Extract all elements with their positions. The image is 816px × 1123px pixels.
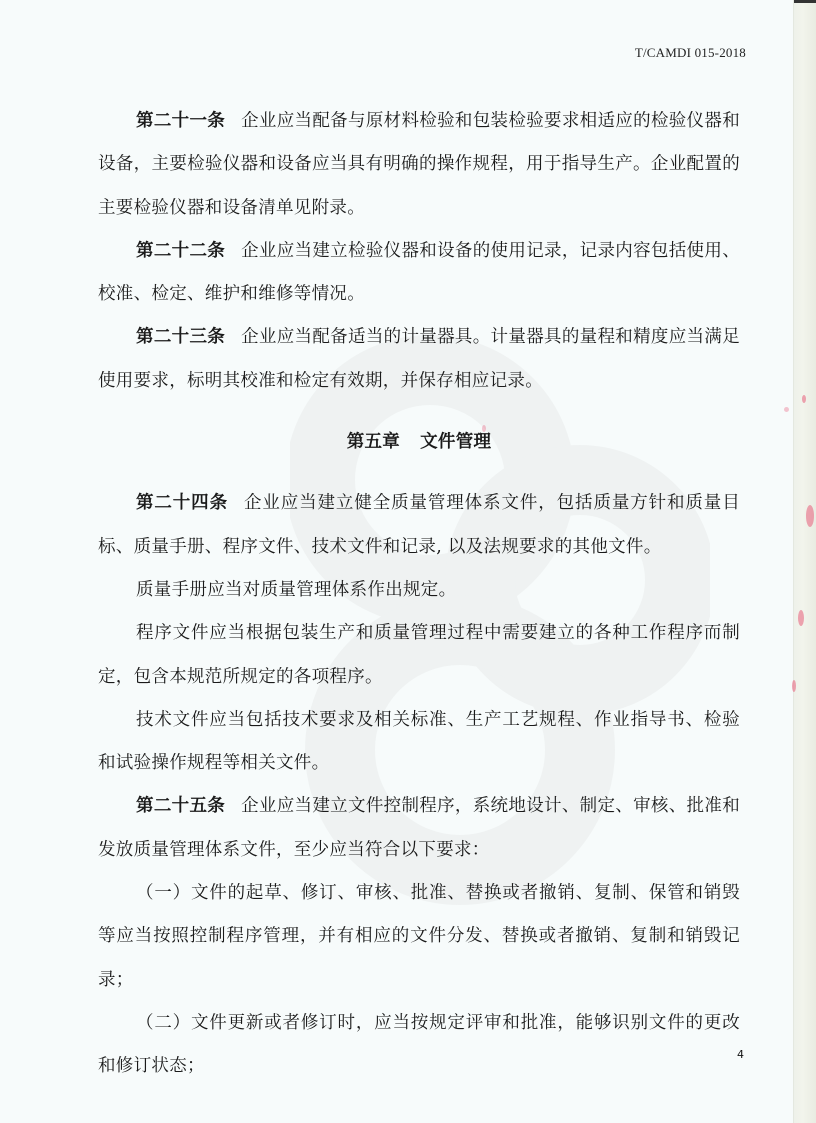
scan-edge-right: [793, 0, 816, 1123]
article-number: 第二十一条: [136, 111, 225, 131]
article-number: 第二十二条: [136, 241, 225, 261]
article-21: 第二十一条企业应当配备与原材料检验和包装检验要求相适应的检验仪器和设备，主要检验…: [98, 100, 740, 230]
article-22: 第二十二条企业应当建立检验仪器和设备的使用记录，记录内容包括使用、校准、检定、维…: [98, 230, 740, 317]
document-body: 第二十一条企业应当配备与原材料检验和包装检验要求相适应的检验仪器和设备，主要检验…: [98, 100, 740, 1089]
scan-edge-top: [794, 0, 816, 3]
requirement-item-1: （一）文件的起草、修订、审核、批准、替换或者撤销、复制、保管和销毁等应当按照控制…: [98, 872, 740, 1002]
ink-stain: [802, 395, 806, 403]
article-25: 第二十五条企业应当建立文件控制程序，系统地设计、制定、审核、批准和发放质量管理体…: [98, 785, 740, 872]
page-number: 4: [737, 1048, 744, 1061]
paragraph-quality-manual: 质量手册应当对质量管理体系作出规定。: [98, 569, 740, 612]
ink-stain: [792, 680, 796, 692]
article-24: 第二十四条企业应当建立健全质量管理体系文件，包括质量方针和质量目标、质量手册、程…: [98, 482, 740, 569]
standard-code: T/CAMDI 015-2018: [635, 45, 746, 61]
paragraph-procedure-docs: 程序文件应当根据包装生产和质量管理过程中需要建立的各种工作程序而制定，包含本规范…: [98, 612, 740, 699]
paragraph-technical-docs: 技术文件应当包括技术要求及相关标准、生产工艺规程、作业指导书、检验和试验操作规程…: [98, 699, 740, 786]
ink-stain: [798, 610, 804, 626]
ink-stain: [784, 407, 789, 412]
article-23: 第二十三条企业应当配备适当的计量器具。计量器具的量程和精度应当满足使用要求，标明…: [98, 316, 740, 403]
ink-stain: [482, 425, 486, 432]
article-number: 第二十三条: [136, 327, 225, 347]
chapter-heading: 第五章文件管理: [98, 421, 740, 464]
article-number: 第二十四条: [136, 493, 228, 513]
chapter-number: 第五章: [347, 432, 400, 452]
chapter-title: 文件管理: [420, 432, 491, 452]
requirement-item-2: （二）文件更新或者修订时，应当按规定评审和批准，能够识别文件的更改和修订状态；: [98, 1002, 740, 1089]
article-number: 第二十五条: [136, 796, 225, 816]
ink-stain: [806, 505, 814, 527]
